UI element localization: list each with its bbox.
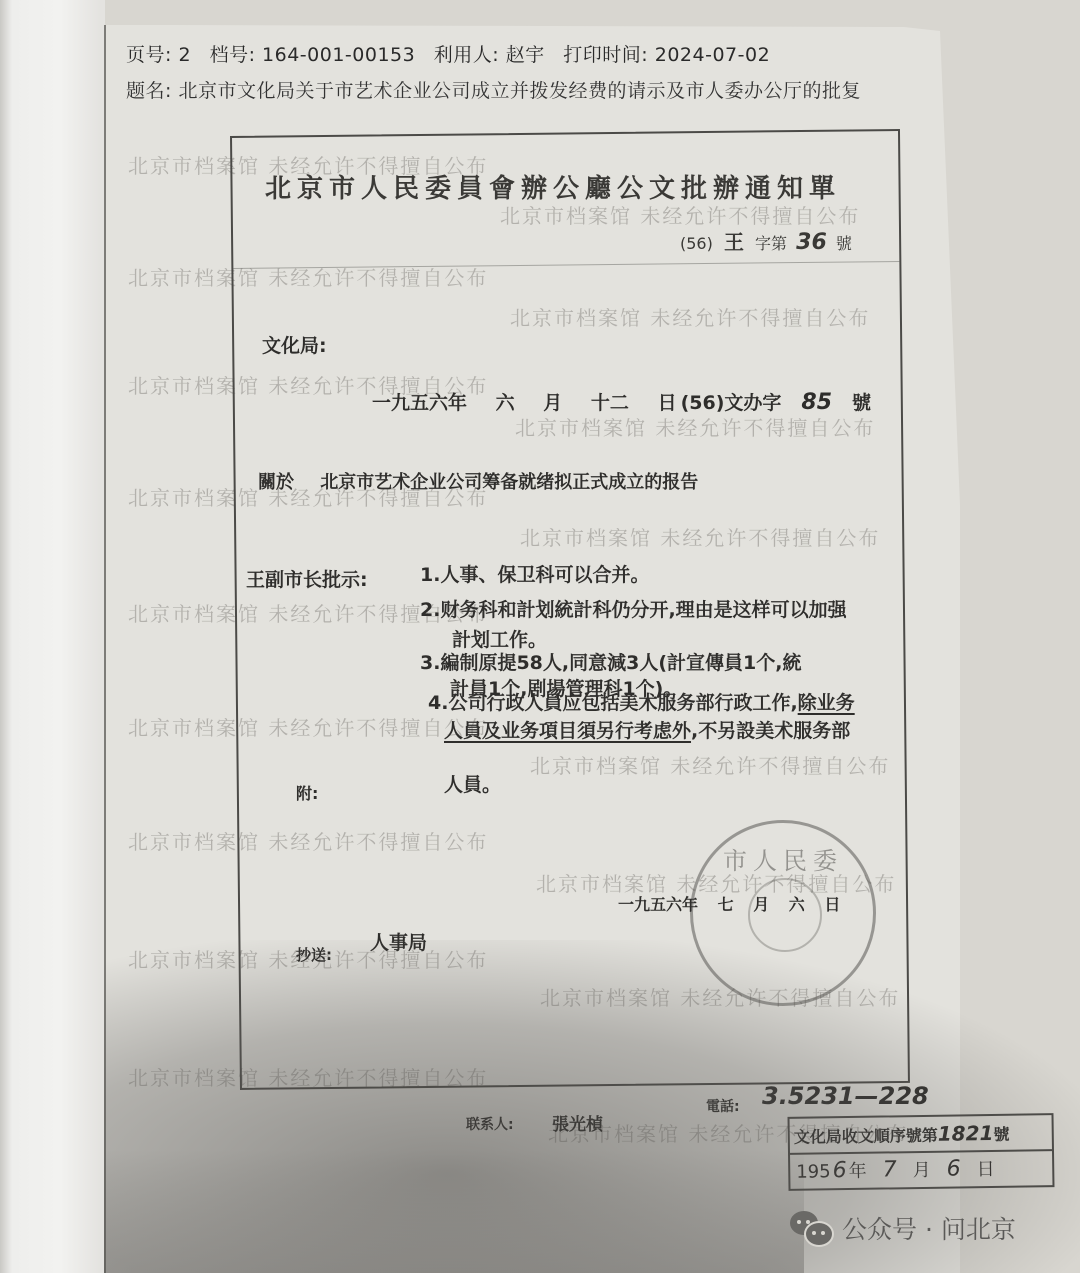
page-value: 2	[178, 44, 191, 66]
instruction-label: 王副市长批示:	[246, 565, 368, 592]
ref-prefix: (56)文办字	[681, 392, 782, 414]
ref-suffix: 號	[852, 392, 871, 414]
receipt-number-row: 文化局收文順序號第1821號	[790, 1115, 1052, 1155]
document-number: (56) 王 字第 36 號	[680, 226, 852, 255]
instruction-line: 2.财务科和計划統計科仍分开,理由是这样可以加强	[420, 595, 847, 622]
print-time-label: 打印时间:	[563, 44, 648, 66]
user-value: 赵宇	[506, 44, 545, 66]
receipt-date-row: 1956年7月6日	[790, 1151, 1052, 1189]
sign-month: 七	[718, 895, 734, 914]
print-metadata: 页号: 2 档号: 164-001-00153 利用人: 赵宇 打印时间: 20…	[126, 40, 770, 67]
receipt-year-prefix: 195	[796, 1161, 831, 1182]
contact-name: 張光楨	[552, 1110, 603, 1135]
footer-watermark: 公众号 · 问北京	[790, 1210, 1016, 1246]
page-label: 页号:	[126, 44, 172, 66]
phone-label: 電話:	[706, 1096, 740, 1116]
phone-value: 3.5231—228	[762, 1082, 929, 1110]
receipt-stamp: 文化局收文順序號第1821號 1956年7月6日	[787, 1113, 1054, 1191]
reference-date: 一九五六年 六 月 十二 日(56)文办字85號	[372, 388, 893, 415]
print-time-value: 2024-07-02	[655, 44, 770, 66]
subject-label: 關於	[258, 472, 294, 493]
wechat-icon	[790, 1211, 832, 1245]
form-title: 北京市人民委員會辦公廳公文批辦通知單	[265, 168, 841, 205]
sign-month-label: 月	[753, 895, 769, 914]
instruction-line: 4.公司行政人員应包括美术服务部行政工作,除业务	[428, 688, 855, 715]
receipt-year-label: 年	[848, 1161, 866, 1182]
cc-label: 抄送:	[296, 944, 332, 965]
instruction-line: 人員。	[444, 770, 501, 797]
cc-recipient: 人事局	[370, 928, 427, 955]
title-value: 北京市文化局关于市艺术企业公司成立并拨发经费的请示及市人委办公厅的批复	[178, 80, 861, 102]
receipt-year-digit: 6	[832, 1158, 846, 1183]
document-title-line: 题名: 北京市文化局关于市艺术企业公司成立并拨发经费的请示及市人委办公厅的批复	[126, 76, 861, 103]
instruction-line: 1.人事、保卫科可以合并。	[420, 560, 649, 587]
file-value: 164-001-00153	[262, 44, 415, 66]
receipt-day-label: 日	[976, 1159, 994, 1180]
ref-day: 十二	[591, 392, 629, 414]
underlined-text: 人員及业务項目須另行考虑外	[444, 720, 691, 742]
receipt-month: 7	[882, 1157, 896, 1182]
ref-month-label: 月	[543, 392, 562, 414]
subject-text: 北京市艺术企业公司筹备就绪拟正式成立的报告	[320, 472, 698, 493]
receipt-month-label: 月	[912, 1160, 930, 1181]
page-edge	[104, 25, 106, 1273]
footer-text: 公众号 · 问北京	[842, 1210, 1016, 1246]
sign-year: 一九五六年	[618, 895, 698, 914]
receipt-number: 1821	[938, 1121, 994, 1146]
form-divider	[233, 261, 899, 269]
doc-number-middle: 字第	[755, 234, 787, 253]
instruction-text: 4.公司行政人員应包括美术服务部行政工作,	[428, 692, 798, 714]
instruction-line: 3.編制原提58人,同意減3人(計宣傳員1个,統	[420, 648, 801, 675]
receipt-day: 6	[946, 1156, 960, 1181]
instruction-text: ,不另設美术服务部	[691, 720, 850, 742]
instruction-line: 人員及业务項目須另行考虑外,不另設美术服务部	[444, 716, 850, 743]
file-label: 档号:	[210, 44, 256, 66]
title-label: 题名:	[126, 80, 172, 102]
doc-number-char: 王	[724, 230, 744, 254]
subject-line: 關於 北京市艺术企业公司筹备就绪拟正式成立的报告	[258, 468, 698, 494]
user-label: 利用人:	[434, 44, 499, 66]
seal-text: 市人民委	[693, 841, 873, 876]
signing-date: 一九五六年 七 月 六 日	[618, 892, 854, 915]
contact-label: 联系人:	[466, 1114, 514, 1134]
addressee: 文化局:	[262, 331, 327, 358]
attachment-label: 附:	[296, 781, 318, 804]
ref-month: 六	[496, 392, 515, 414]
sign-day-label: 日	[824, 895, 840, 914]
sign-day: 六	[789, 895, 805, 914]
receipt-suffix: 號	[993, 1125, 1009, 1144]
doc-number-suffix: 號	[836, 234, 852, 253]
underlined-text: 除业务	[798, 692, 855, 714]
seal-star	[748, 878, 822, 952]
receipt-prefix: 文化局收文順序號第	[794, 1126, 938, 1147]
ref-year: 一九五六年	[372, 392, 467, 414]
ref-day-label: 日	[658, 392, 677, 414]
background-sheet	[0, 0, 105, 1273]
ref-number: 85	[801, 390, 832, 415]
doc-number-prefix: (56)	[680, 234, 713, 253]
doc-number-value: 36	[796, 230, 827, 255]
